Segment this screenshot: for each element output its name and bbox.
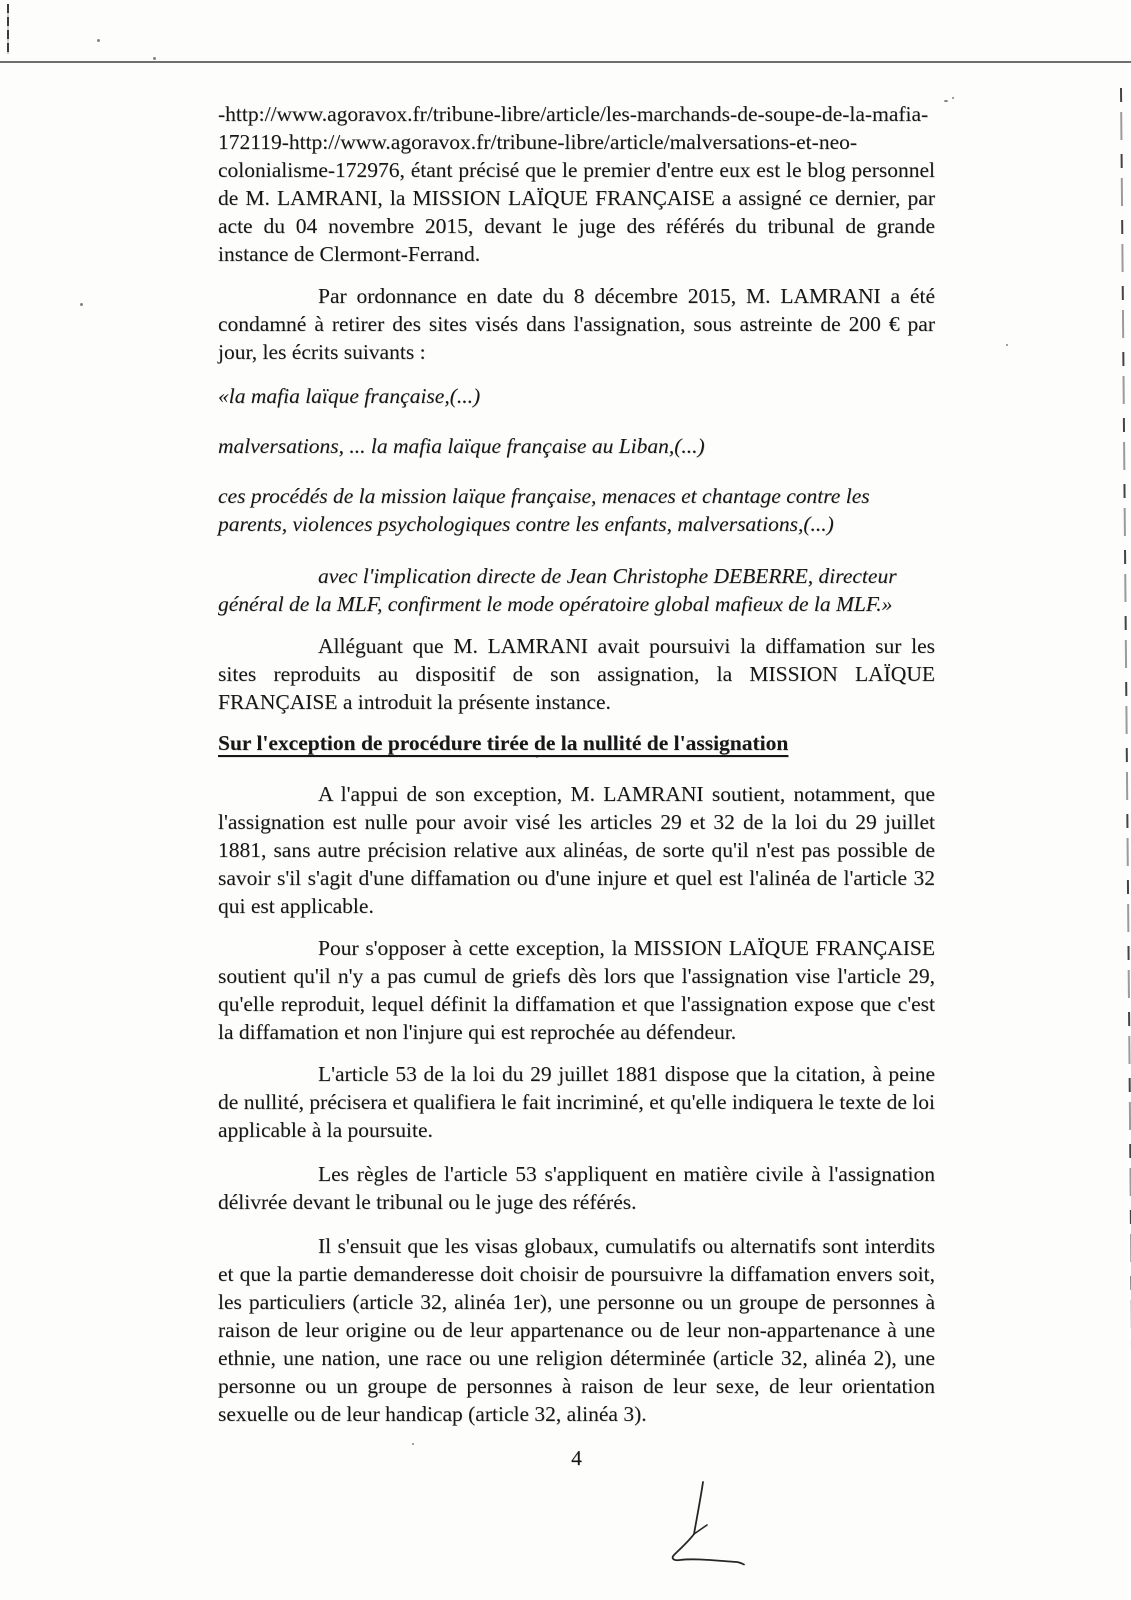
ink-speck — [97, 39, 100, 42]
paragraph-article-53: L'article 53 de la loi du 29 juillet 188… — [218, 1060, 935, 1144]
paragraph-visas-globaux: Il s'ensuit que les visas globaux, cumul… — [218, 1232, 935, 1428]
document-body: -http://www.agoravox.fr/tribune-libre/ar… — [218, 0, 935, 1472]
ink-speck — [80, 303, 83, 306]
paragraph-ordonnance: Par ordonnance en date du 8 décembre 201… — [218, 282, 935, 366]
quote-procedes-mission: ces procédés de la mission laïque frança… — [218, 482, 935, 538]
paragraph-appui-exception: A l'appui de son exception, M. LAMRANI s… — [218, 780, 935, 920]
scan-left-edge-mark — [7, 4, 9, 54]
quote-mafia-laique: «la mafia laïque française,(...) — [218, 382, 935, 410]
paragraph-opposition-mlf: Pour s'opposer à cette exception, la MIS… — [218, 934, 935, 1046]
ink-speck — [952, 97, 954, 99]
paragraph-regles-article-53: Les règles de l'article 53 s'appliquent … — [218, 1160, 935, 1216]
ink-speck — [1006, 344, 1008, 346]
ink-speck — [944, 100, 948, 102]
section-heading-nullite-assignation: Sur l'exception de procédure tirée de la… — [218, 729, 935, 757]
handwritten-initial-mark — [652, 1470, 762, 1580]
page-number: 4 — [218, 1444, 935, 1472]
scan-right-edge-dashed-line — [1120, 88, 1131, 1528]
paragraph-url-list: -http://www.agoravox.fr/tribune-libre/ar… — [218, 100, 935, 268]
quote-malversations-liban: malversations, ... la mafia laïque franç… — [218, 432, 935, 460]
quote-deberre-mlf: avec l'implication directe de Jean Chris… — [218, 562, 935, 618]
ink-speck — [153, 57, 156, 60]
paragraph-alleguant: Alléguant que M. LAMRANI avait poursuivi… — [218, 632, 935, 716]
scanned-court-document-page: -http://www.agoravox.fr/tribune-libre/ar… — [0, 0, 1131, 1600]
